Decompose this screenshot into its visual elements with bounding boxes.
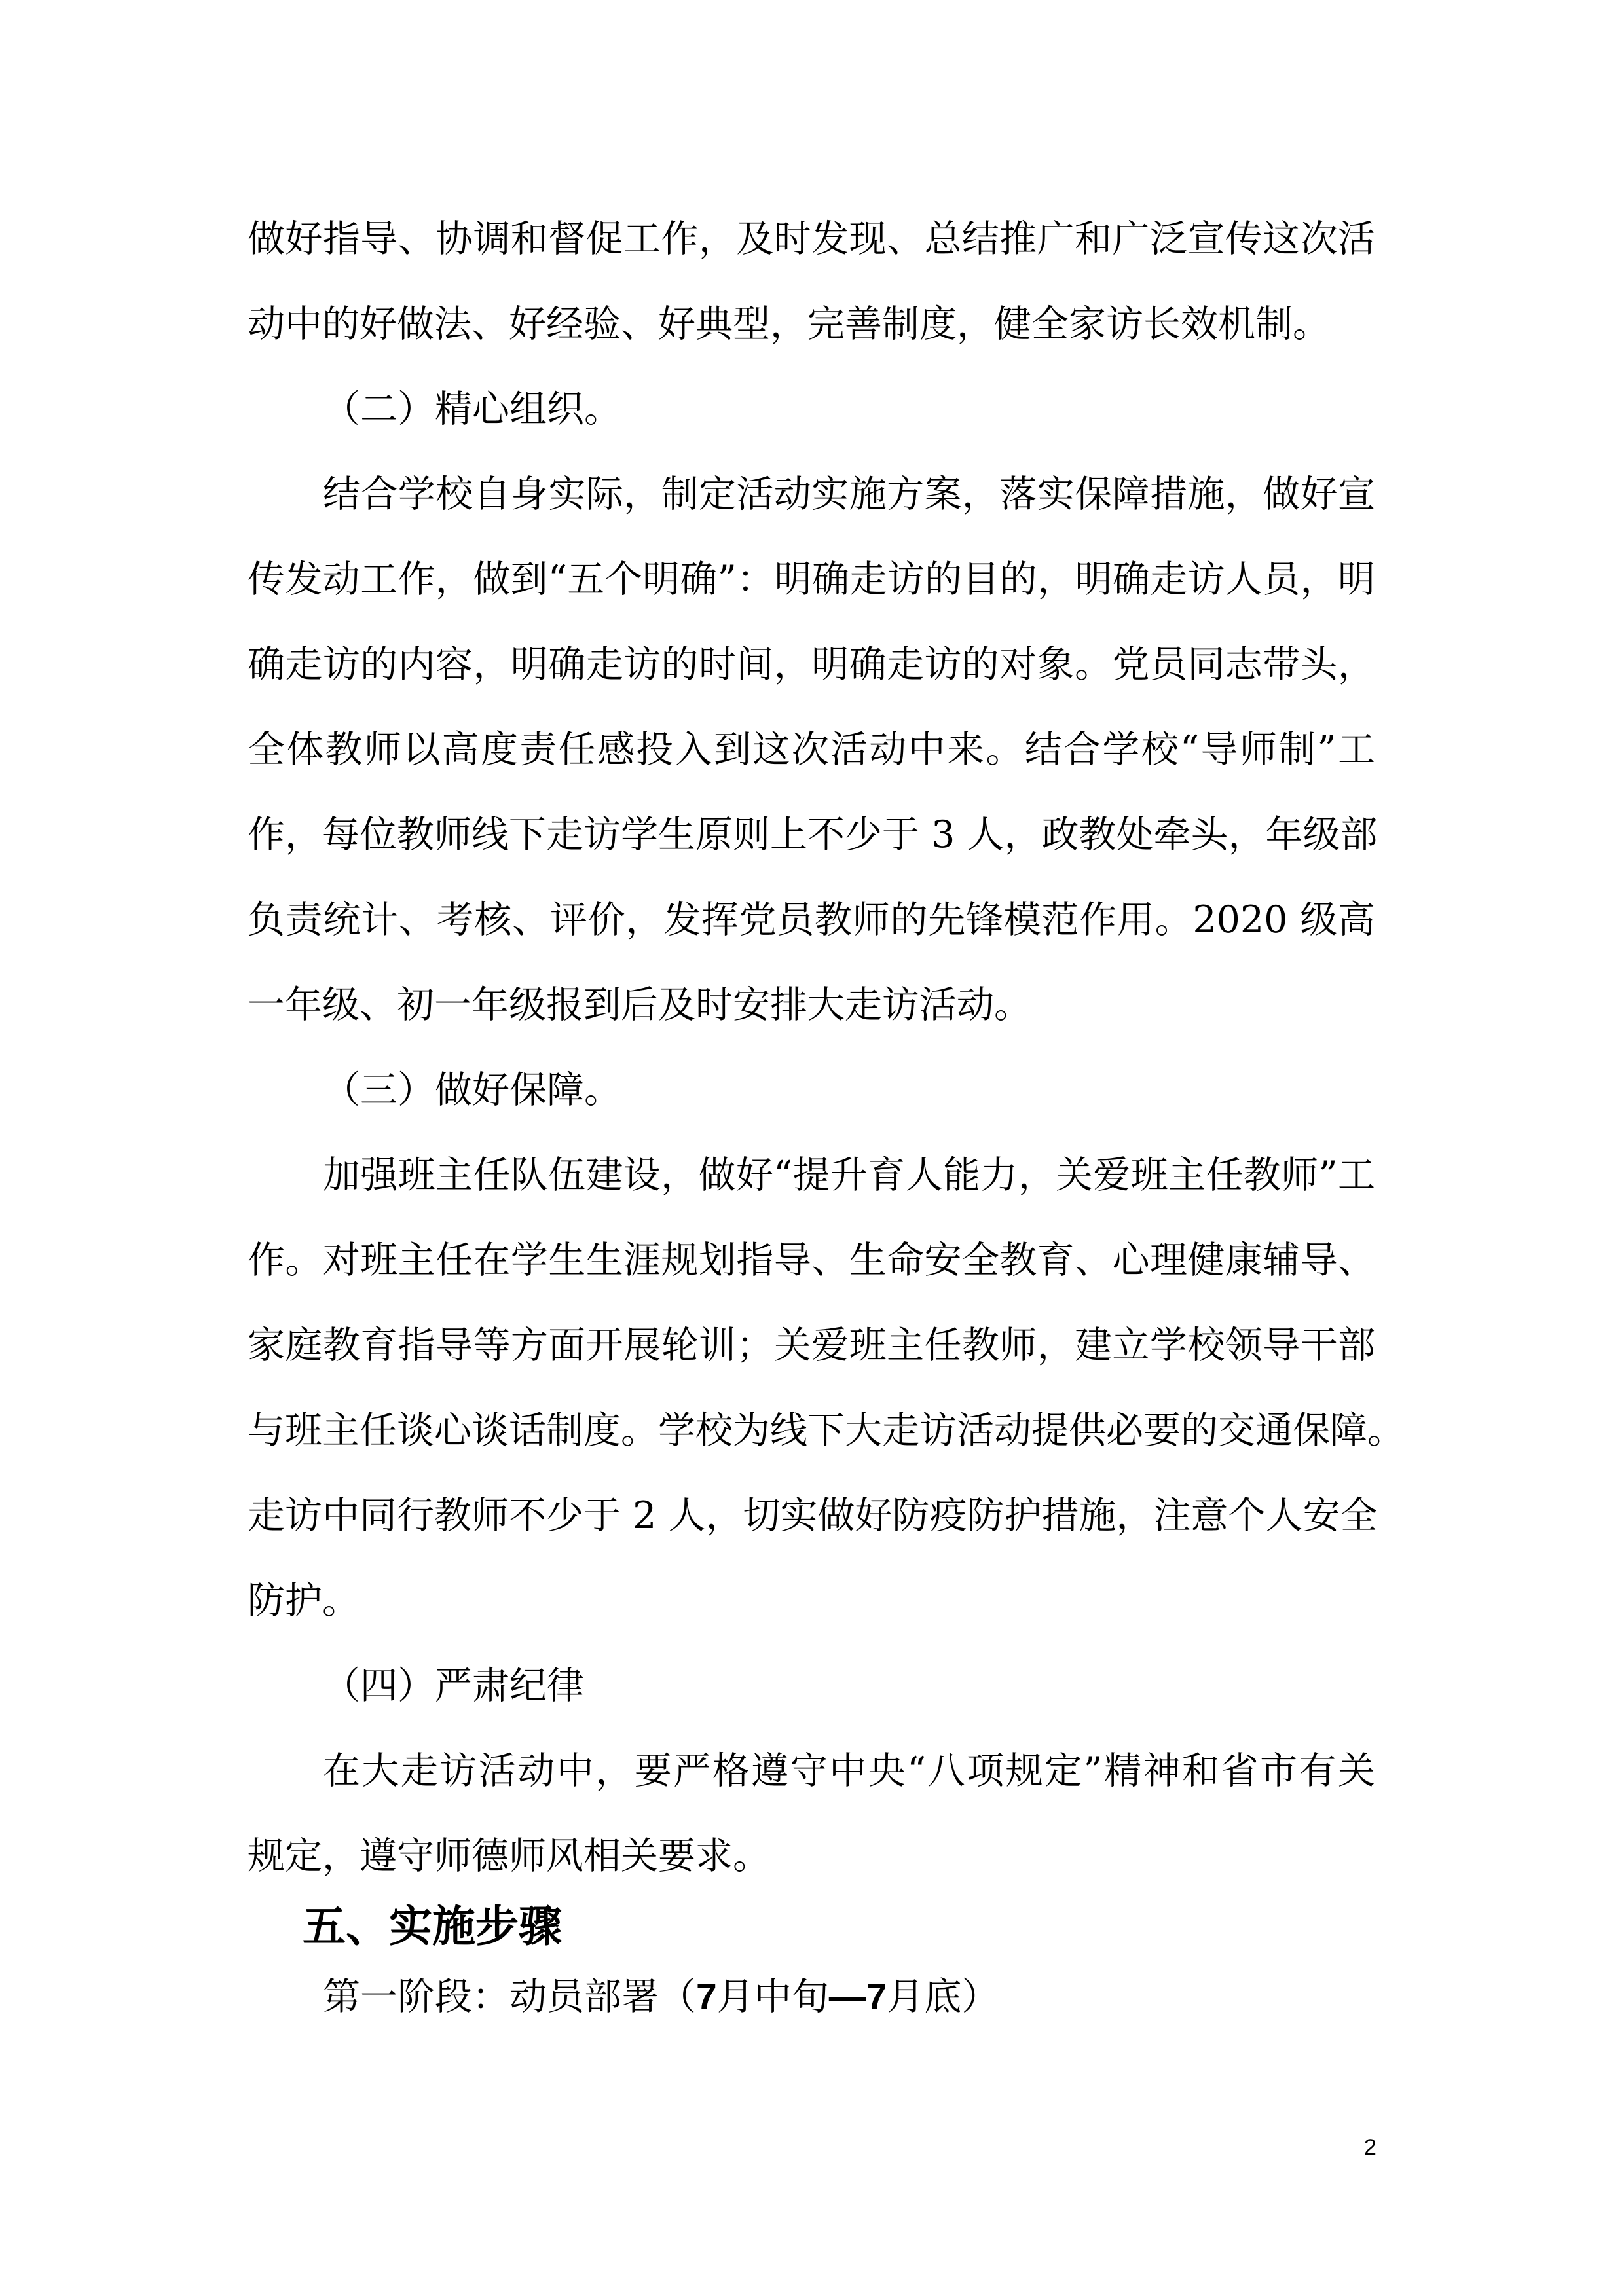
stage-start-month: 7 (696, 1976, 717, 2018)
subsection-title-guarantee: （三）做好保障。 (323, 1048, 621, 1133)
body-line: 防护。 (248, 1558, 1375, 1643)
stage-start-text: 月中旬 (717, 1975, 829, 2018)
body-line: 一年级、初一年级报到后及时安排大走访活动。 (248, 962, 1375, 1048)
stage-prefix: 第一阶段：动员部署（ (323, 1975, 696, 2018)
stage-dash: — (829, 1976, 866, 2018)
page-number: 2 (1364, 2134, 1376, 2160)
body-line: 动中的好做法、好经验、好典型，完善制度，健全家访长效机制。 (248, 282, 1375, 367)
subsection-title-discipline: （四）严肃纪律 (323, 1643, 584, 1728)
section-heading: 五、实施步骤 (303, 1895, 562, 1958)
body-line: 加强班主任队伍建设，做好“提升育人能力，关爱班主任教师”工 (323, 1133, 1375, 1218)
body-line: 作，每位教师线下走访学生原则上不少于 3 人，政教处牵头，年级部 (248, 792, 1375, 877)
body-line: 与班主任谈心谈话制度。学校为线下大走访活动提供必要的交通保障。 (248, 1388, 1375, 1473)
stage-line: 第一阶段：动员部署（7月中旬—7月底） (323, 1967, 999, 2026)
body-line: 做好指导、协调和督促工作，及时发现、总结推广和广泛宣传这次活 (248, 196, 1375, 282)
body-line: 传发动工作，做到“五个明确”：明确走访的目的，明确走访人员，明 (248, 537, 1375, 622)
body-line: 规定，遵守师德师风相关要求。 (248, 1813, 1375, 1899)
body-line: 在大走访活动中，要严格遵守中央“八项规定”精神和省市有关 (323, 1728, 1375, 1813)
subsection-title-organize: （二）精心组织。 (323, 367, 621, 452)
body-line: 家庭教育指导等方面开展轮训；关爱班主任教师，建立学校领导干部 (248, 1303, 1375, 1388)
document-page: 做好指导、协调和督促工作，及时发现、总结推广和广泛宣传这次活 动中的好做法、好经… (0, 0, 1624, 2296)
stage-end-text: 月底） (887, 1975, 999, 2018)
body-line: 全体教师以高度责任感投入到这次活动中来。结合学校“导师制”工 (248, 707, 1375, 792)
body-line: 走访中同行教师不少于 2 人，切实做好防疫防护措施，注意个人安全 (248, 1473, 1375, 1558)
body-line: 确走访的内容，明确走访的时间，明确走访的对象。党员同志带头， (248, 622, 1375, 707)
body-line: 作。对班主任在学生生涯规划指导、生命安全教育、心理健康辅导、 (248, 1218, 1375, 1303)
body-line: 结合学校自身实际，制定活动实施方案，落实保障措施，做好宣 (323, 452, 1375, 537)
stage-end-month: 7 (866, 1976, 887, 2018)
body-line: 负责统计、考核、评价，发挥党员教师的先锋模范作用。2020 级高 (248, 877, 1375, 962)
